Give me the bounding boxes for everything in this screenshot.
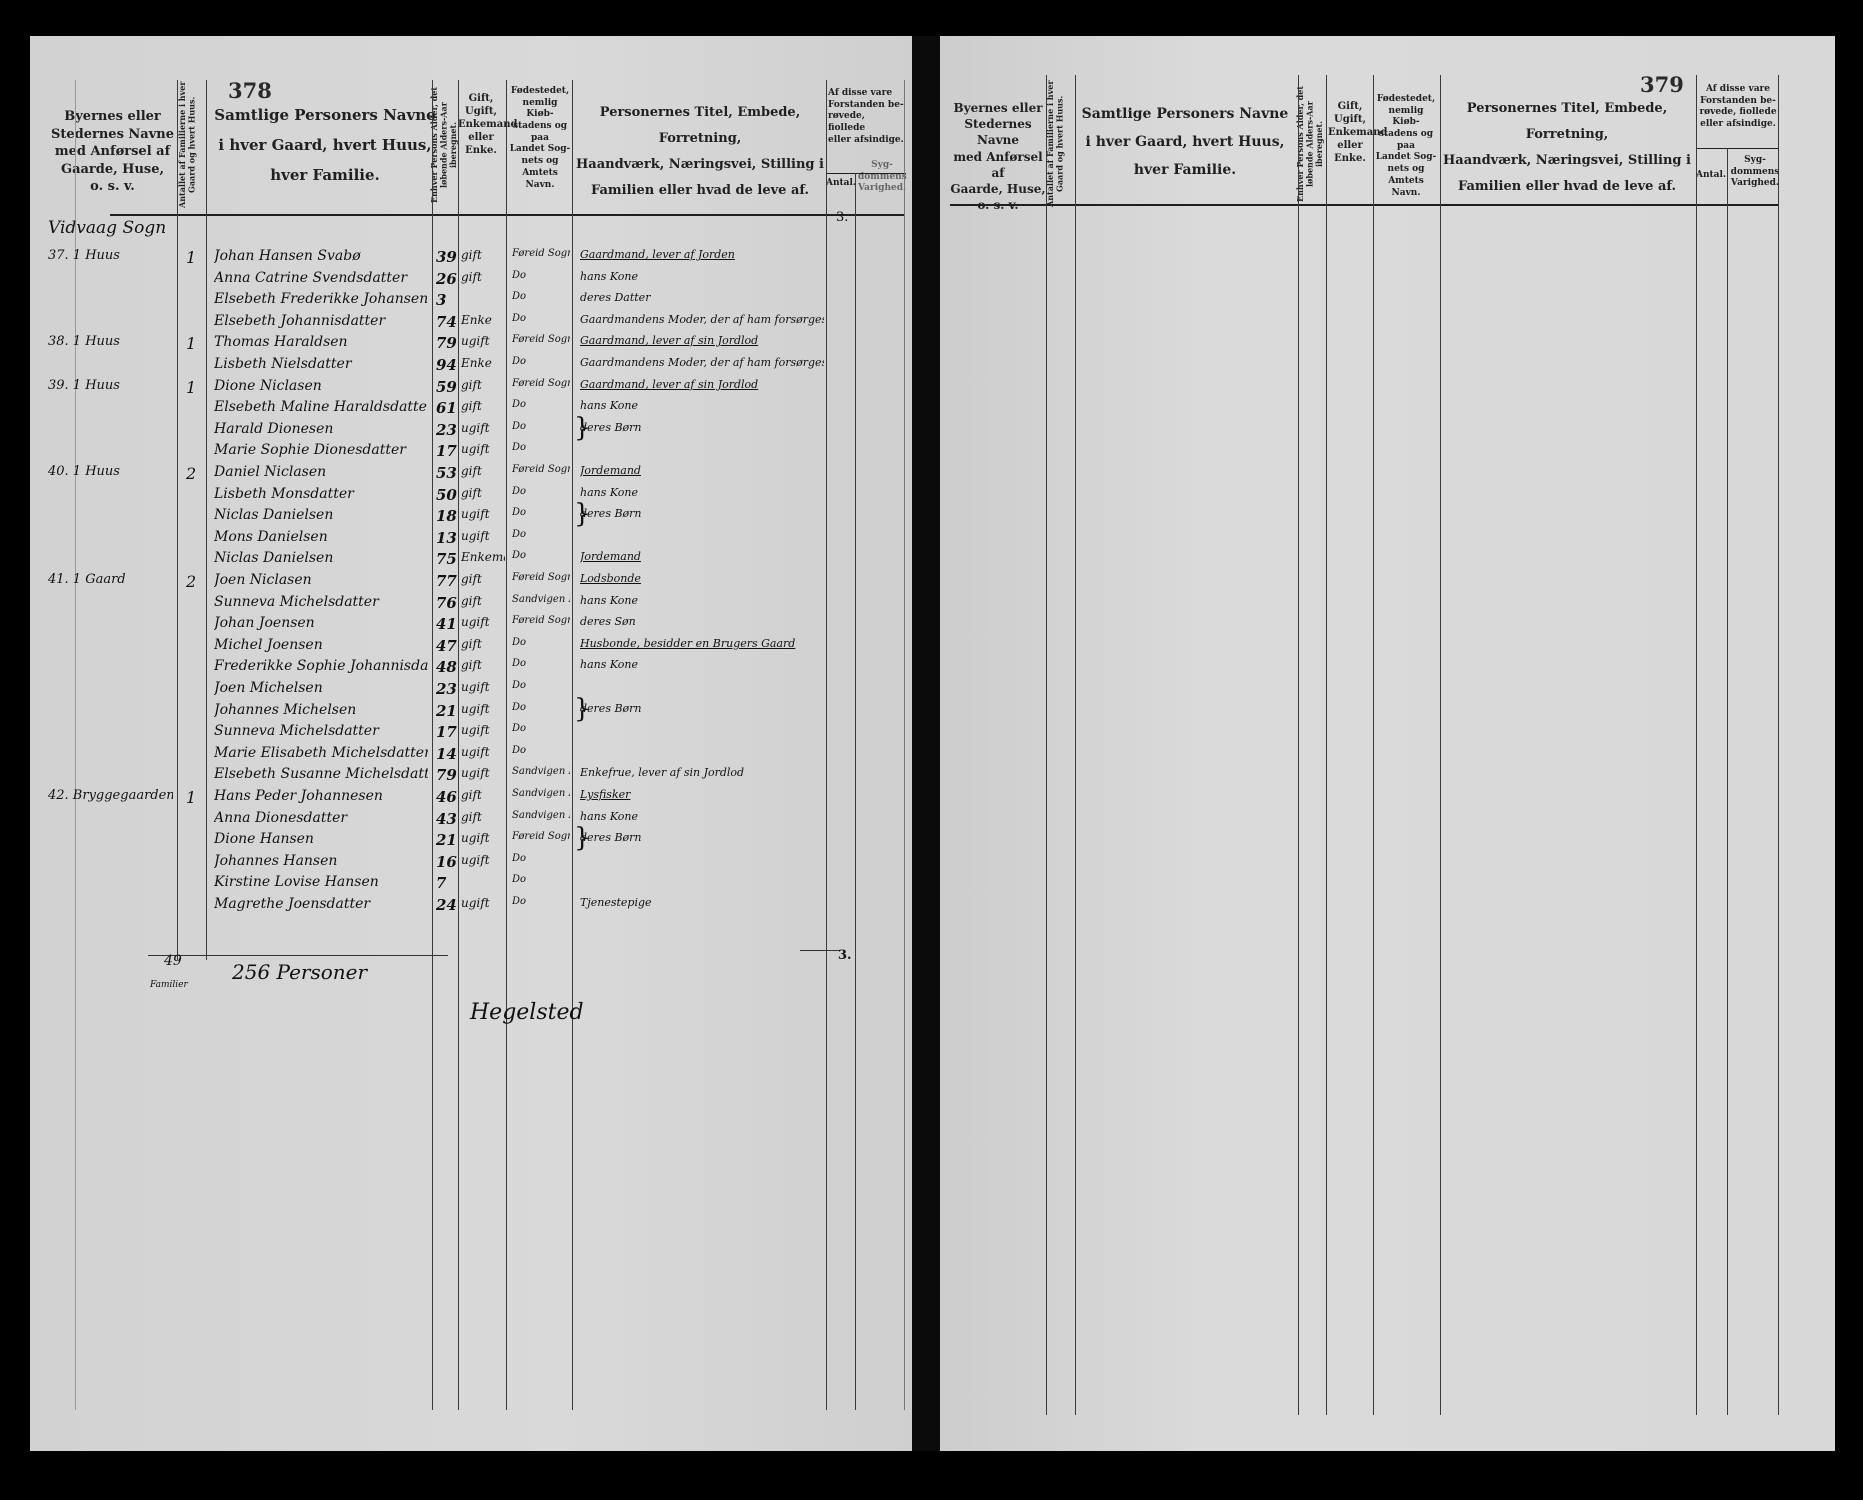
marital-status-cell: gift: [461, 248, 505, 262]
age-cell: 21: [436, 831, 458, 849]
place-cell: 38. 1 Huus: [48, 334, 173, 349]
occupation-cell: deres Børn: [580, 831, 824, 844]
birthplace-cell: Do: [512, 853, 570, 864]
birthplace-cell: Do: [512, 486, 570, 497]
marital-status-cell: ugift: [461, 766, 505, 780]
birthplace-cell: Do: [512, 874, 570, 885]
table-row: Elsebeth Maline Haraldsdatter61giftDohan…: [0, 399, 910, 419]
age-cell: 26: [436, 270, 458, 288]
table-row: Johannes Michelsen21ugiftDoderes Børn}: [0, 702, 910, 722]
birthplace-cell: Sandvigen Kirkesogn: [512, 810, 570, 821]
marital-status-cell: Enke: [461, 356, 505, 370]
birthplace-cell: Do: [512, 896, 570, 907]
insane-tally-top: 3.: [836, 210, 848, 225]
occupation-cell: Jordemand: [580, 550, 824, 563]
occupation-cell: Lodsbonde: [580, 572, 824, 585]
age-cell: 17: [436, 723, 458, 741]
table-row: Mons Danielsen13ugiftDo: [0, 529, 910, 549]
marital-status-cell: ugift: [461, 421, 505, 435]
col-header-insane: Af disse vare Forstanden be- røvede, fio…: [828, 88, 904, 146]
col-header-family-count: Antallet af Familierne i hver Gaard og h…: [178, 80, 204, 210]
birthplace-cell: Do: [512, 702, 570, 713]
person-name-cell: Elsebeth Susanne Michelsdatter: [214, 766, 428, 782]
header-rule-left: [110, 214, 905, 216]
family-count-cell: 1: [186, 788, 202, 807]
col-divider: [1440, 75, 1441, 1415]
marital-status-cell: ugift: [461, 896, 505, 910]
occupation-cell: deres Søn: [580, 615, 824, 628]
age-cell: 21: [436, 702, 458, 720]
table-row: Marie Elisabeth Michelsdatter14ugiftDo: [0, 745, 910, 765]
insane-subheader-rule-left: [826, 173, 906, 174]
page-number-right: 379: [1640, 72, 1684, 97]
age-cell: 61: [436, 399, 458, 417]
parish-heading: Vidvaag Sogn: [48, 218, 166, 238]
age-cell: 74: [436, 313, 458, 331]
col-divider: [1075, 75, 1076, 1415]
marital-status-cell: ugift: [461, 723, 505, 737]
birthplace-cell: Do: [512, 442, 570, 453]
table-row: Anna Catrine Svendsdatter26giftDohans Ko…: [0, 270, 910, 290]
col-divider: [1326, 75, 1327, 1415]
families-total-label: Familier: [150, 980, 188, 990]
place-cell: 42. Bryggegaarden: [48, 788, 173, 803]
birthplace-cell: Do: [512, 550, 570, 561]
marital-status-cell: ugift: [461, 334, 505, 348]
person-name-cell: Sunneva Michelsdatter: [214, 594, 428, 610]
marital-status-cell: Enkemand: [461, 550, 505, 564]
marital-status-cell: gift: [461, 270, 505, 284]
occupation-cell: Husbonde, besidder en Brugers Gaard: [580, 637, 824, 650]
marital-status-cell: gift: [461, 399, 505, 413]
table-row: Lisbeth Nielsdatter94EnkeDoGaardmandens …: [0, 356, 910, 376]
person-name-cell: Kirstine Lovise Hansen: [214, 874, 428, 890]
persons-total: 256 Personer: [232, 960, 367, 984]
totals-rule: [148, 955, 448, 956]
birthplace-cell: Do: [512, 723, 570, 734]
family-count-cell: 2: [186, 572, 202, 591]
person-name-cell: Niclas Danielsen: [214, 550, 428, 566]
person-name-cell: Daniel Niclasen: [214, 464, 428, 480]
col-header-place: Byernes eller Stedernes Navne med Anførs…: [948, 100, 1048, 213]
person-name-cell: Dione Hansen: [214, 831, 428, 847]
birthplace-cell: Føreid Sogn: [512, 831, 570, 842]
marital-status-cell: gift: [461, 486, 505, 500]
table-row: Anna Dionesdatter43giftSandvigen Kirkeso…: [0, 810, 910, 830]
place-cell: 40. 1 Huus: [48, 464, 173, 479]
enumerator-signature: Hegelsted: [470, 1000, 584, 1025]
age-cell: 77: [436, 572, 458, 590]
tally-rule: [800, 950, 840, 951]
occupation-cell: hans Kone: [580, 810, 824, 823]
marital-status-cell: ugift: [461, 745, 505, 759]
table-row: Johannes Hansen16ugiftDo: [0, 853, 910, 873]
marital-status-cell: gift: [461, 378, 505, 392]
brace-glyph: }: [574, 696, 591, 722]
occupation-cell: deres Børn: [580, 421, 824, 434]
age-cell: 13: [436, 529, 458, 547]
marital-status-cell: gift: [461, 594, 505, 608]
occupation-cell: deres Datter: [580, 291, 824, 304]
person-name-cell: Johannes Michelsen: [214, 702, 428, 718]
insane-tally-bottom: 3.: [838, 948, 852, 963]
occupation-cell: hans Kone: [580, 270, 824, 283]
table-row: 40. 1 Huus2Daniel Niclasen53giftFøreid S…: [0, 464, 910, 484]
person-name-cell: Joen Niclasen: [214, 572, 428, 588]
birthplace-cell: Do: [512, 637, 570, 648]
marital-status-cell: gift: [461, 658, 505, 672]
age-cell: 39: [436, 248, 458, 266]
col-divider: [1778, 75, 1779, 1415]
marital-status-cell: ugift: [461, 831, 505, 845]
person-name-cell: Lisbeth Nielsdatter: [214, 356, 428, 372]
age-cell: 94: [436, 356, 458, 374]
col-header-age: Enhver Persons Alder, det løbende Alders…: [430, 80, 458, 210]
family-count-cell: 1: [186, 378, 202, 397]
col-divider: [1046, 75, 1047, 1415]
table-row: Dione Hansen21ugiftFøreid Sognderes Børn…: [0, 831, 910, 851]
age-cell: 24: [436, 896, 458, 914]
person-name-cell: Elsebeth Johannisdatter: [214, 313, 428, 329]
occupation-cell: Gaardmandens Moder, der af ham forsørges: [580, 313, 824, 326]
person-name-cell: Elsebeth Maline Haraldsdatter: [214, 399, 428, 415]
book-gutter: [912, 36, 940, 1451]
marital-status-cell: gift: [461, 572, 505, 586]
occupation-cell: deres Børn: [580, 702, 824, 715]
age-cell: 50: [436, 486, 458, 504]
age-cell: 23: [436, 421, 458, 439]
birthplace-cell: Do: [512, 680, 570, 691]
place-cell: 39. 1 Huus: [48, 378, 173, 393]
marital-status-cell: gift: [461, 788, 505, 802]
table-row: Niclas Danielsen75EnkemandDoJordemand: [0, 550, 910, 570]
occupation-cell: hans Kone: [580, 399, 824, 412]
age-cell: 23: [436, 680, 458, 698]
birthplace-cell: Do: [512, 291, 570, 302]
col-header-marital: Gift, Ugift, Enkemand eller Enke.: [1328, 100, 1372, 165]
table-row: Sunneva Michelsdatter17ugiftDo: [0, 723, 910, 743]
birthplace-cell: Do: [512, 529, 570, 540]
person-name-cell: Hans Peder Johannesen: [214, 788, 428, 804]
marital-status-cell: gift: [461, 810, 505, 824]
birthplace-cell: Føreid Sogn: [512, 572, 570, 583]
col-header-place: Byernes eller Stedernes Navne med Anførs…: [40, 108, 185, 196]
occupation-cell: Enkefrue, lever af sin Jordlod: [580, 766, 824, 779]
col-divider: [1298, 75, 1299, 1415]
age-cell: 7: [436, 874, 458, 892]
birthplace-cell: Do: [512, 313, 570, 324]
person-name-cell: Johan Joensen: [214, 615, 428, 631]
table-row: Harald Dionesen23ugiftDoderes Børn}: [0, 421, 910, 441]
birthplace-cell: Do: [512, 421, 570, 432]
insane-subheader-rule-right: [1696, 148, 1778, 149]
age-cell: 41: [436, 615, 458, 633]
age-cell: 18: [436, 507, 458, 525]
col-header-occupation: Personernes Titel, Embede, Forretning, H…: [575, 100, 825, 204]
occupation-cell: Gaardmand, lever af Jorden: [580, 248, 824, 261]
person-name-cell: Mons Danielsen: [214, 529, 428, 545]
families-total-count: 49: [164, 953, 182, 969]
col-header-age: Enhver Persons Alder, det løbende Alders…: [1296, 78, 1326, 210]
col-header-insane-count: Antal.: [1696, 170, 1726, 182]
birthplace-cell: Do: [512, 270, 570, 281]
birthplace-cell: Føreid Sogn: [512, 378, 570, 389]
col-header-birthplace: Fødestedet, nemlig Kiøb- stadens og paa …: [508, 86, 572, 191]
place-cell: 37. 1 Huus: [48, 248, 173, 263]
marital-status-cell: Enke: [461, 313, 505, 327]
col-divider: [1727, 148, 1728, 1415]
person-name-cell: Sunneva Michelsdatter: [214, 723, 428, 739]
person-name-cell: Michel Joensen: [214, 637, 428, 653]
age-cell: 79: [436, 334, 458, 352]
age-cell: 79: [436, 766, 458, 784]
birthplace-cell: Sandvigen Kirkesogn: [512, 788, 570, 799]
marital-status-cell: ugift: [461, 702, 505, 716]
col-header-family-count: Antallet af Familierne i hver Gaard og h…: [1046, 78, 1074, 210]
table-row: 41. 1 Gaard2Joen Niclasen77giftFøreid So…: [0, 572, 910, 592]
person-name-cell: Johan Hansen Svabø: [214, 248, 428, 264]
marital-status-cell: gift: [461, 464, 505, 478]
table-row: Johan Joensen41ugiftFøreid Sognderes Søn: [0, 615, 910, 635]
col-header-insane: Af disse vare Forstanden be- røvede, fio…: [1698, 84, 1778, 131]
col-header-names: Samtlige Personers Navne i hver Gaard, h…: [1080, 100, 1290, 184]
col-divider: [1373, 75, 1374, 1415]
table-row: 39. 1 Huus1Dione Niclasen59giftFøreid So…: [0, 378, 910, 398]
table-row: Niclas Danielsen18ugiftDoderes Børn}: [0, 507, 910, 527]
birthplace-cell: Føreid Sogn: [512, 334, 570, 345]
family-count-cell: 2: [186, 464, 202, 483]
col-header-insane-duration: Syg- dommens Varighed.: [858, 160, 906, 195]
person-name-cell: Magrethe Joensdatter: [214, 896, 428, 912]
age-cell: 47: [436, 637, 458, 655]
table-row: Frederikke Sophie Johannisdatter48giftDo…: [0, 658, 910, 678]
birthplace-cell: Do: [512, 745, 570, 756]
col-header-names: Samtlige Personers Navne i hver Gaard, h…: [210, 100, 440, 190]
marital-status-cell: ugift: [461, 442, 505, 456]
birthplace-cell: Do: [512, 658, 570, 669]
birthplace-cell: Føreid Sogn: [512, 248, 570, 259]
person-name-cell: Dione Niclasen: [214, 378, 428, 394]
person-name-cell: Marie Sophie Dionesdatter: [214, 442, 428, 458]
age-cell: 53: [436, 464, 458, 482]
brace-glyph: }: [574, 825, 591, 851]
table-row: Elsebeth Frederikke Johansen3Doderes Dat…: [0, 291, 910, 311]
person-name-cell: Joen Michelsen: [214, 680, 428, 696]
marital-status-cell: ugift: [461, 529, 505, 543]
age-cell: 14: [436, 745, 458, 763]
table-row: Marie Sophie Dionesdatter17ugiftDo: [0, 442, 910, 462]
table-row: Elsebeth Susanne Michelsdatter79ugiftSan…: [0, 766, 910, 786]
occupation-cell: Gaardmandens Moder, der af ham forsørges: [580, 356, 824, 369]
occupation-cell: hans Kone: [580, 658, 824, 671]
person-name-cell: Thomas Haraldsen: [214, 334, 428, 350]
birthplace-cell: Sandvigen Kirkesogn: [512, 766, 570, 777]
brace-glyph: }: [574, 501, 591, 527]
table-row: Elsebeth Johannisdatter74EnkeDoGaardmand…: [0, 313, 910, 333]
table-row: Sunneva Michelsdatter76giftSandvigen Kir…: [0, 594, 910, 614]
table-row: 42. Bryggegaarden1Hans Peder Johannesen4…: [0, 788, 910, 808]
birthplace-cell: Føreid Sogn: [512, 615, 570, 626]
person-name-cell: Harald Dionesen: [214, 421, 428, 437]
marital-status-cell: gift: [461, 637, 505, 651]
col-header-marital: Gift, Ugift, Enkemand eller Enke.: [458, 92, 504, 157]
col-header-insane-count: Antal.: [826, 178, 854, 190]
person-name-cell: Elsebeth Frederikke Johansen: [214, 291, 428, 307]
occupation-cell: Gaardmand, lever af sin Jordlod: [580, 334, 824, 347]
age-cell: 17: [436, 442, 458, 460]
occupation-cell: hans Kone: [580, 594, 824, 607]
marital-status-cell: ugift: [461, 507, 505, 521]
age-cell: 16: [436, 853, 458, 871]
col-divider: [1696, 75, 1697, 1415]
age-cell: 59: [436, 378, 458, 396]
table-row: 37. 1 Huus1Johan Hansen Svabø39giftFørei…: [0, 248, 910, 268]
table-row: Magrethe Joensdatter24ugiftDoTjenestepig…: [0, 896, 910, 916]
birthplace-cell: Føreid Sogn: [512, 464, 570, 475]
occupation-cell: Lysfisker: [580, 788, 824, 801]
family-count-cell: 1: [186, 248, 202, 267]
marital-status-cell: ugift: [461, 615, 505, 629]
age-cell: 75: [436, 550, 458, 568]
person-name-cell: Niclas Danielsen: [214, 507, 428, 523]
occupation-cell: Gaardmand, lever af sin Jordlod: [580, 378, 824, 391]
family-count-cell: 1: [186, 334, 202, 353]
occupation-cell: Jordemand: [580, 464, 824, 477]
age-cell: 48: [436, 658, 458, 676]
table-row: Michel Joensen47giftDoHusbonde, besidder…: [0, 637, 910, 657]
marital-status-cell: ugift: [461, 853, 505, 867]
col-header-birthplace: Fødestedet, nemlig Kiøb- stadens og paa …: [1374, 94, 1438, 199]
person-name-cell: Anna Dionesdatter: [214, 810, 428, 826]
table-row: Lisbeth Monsdatter50giftDohans Kone: [0, 486, 910, 506]
age-cell: 43: [436, 810, 458, 828]
marital-status-cell: ugift: [461, 680, 505, 694]
occupation-cell: deres Børn: [580, 507, 824, 520]
occupation-cell: hans Kone: [580, 486, 824, 499]
col-header-insane-duration: Syg- dommens Varighed.: [1730, 155, 1780, 190]
table-row: 38. 1 Huus1Thomas Haraldsen79ugiftFøreid…: [0, 334, 910, 354]
brace-glyph: }: [574, 415, 591, 441]
person-name-cell: Frederikke Sophie Johannisdatter: [214, 658, 428, 674]
person-name-cell: Anna Catrine Svendsdatter: [214, 270, 428, 286]
age-cell: 3: [436, 291, 458, 309]
birthplace-cell: Sandvigen Kirkesogn: [512, 594, 570, 605]
age-cell: 76: [436, 594, 458, 612]
col-header-occupation: Personernes Titel, Embede, Forretning, H…: [1442, 96, 1692, 200]
table-row: Kirstine Lovise Hansen7Do: [0, 874, 910, 894]
place-cell: 41. 1 Gaard: [48, 572, 173, 587]
person-name-cell: Marie Elisabeth Michelsdatter: [214, 745, 428, 761]
birthplace-cell: Do: [512, 507, 570, 518]
person-name-cell: Johannes Hansen: [214, 853, 428, 869]
birthplace-cell: Do: [512, 356, 570, 367]
table-row: Joen Michelsen23ugiftDo: [0, 680, 910, 700]
occupation-cell: Tjenestepige: [580, 896, 824, 909]
birthplace-cell: Do: [512, 399, 570, 410]
age-cell: 46: [436, 788, 458, 806]
person-name-cell: Lisbeth Monsdatter: [214, 486, 428, 502]
